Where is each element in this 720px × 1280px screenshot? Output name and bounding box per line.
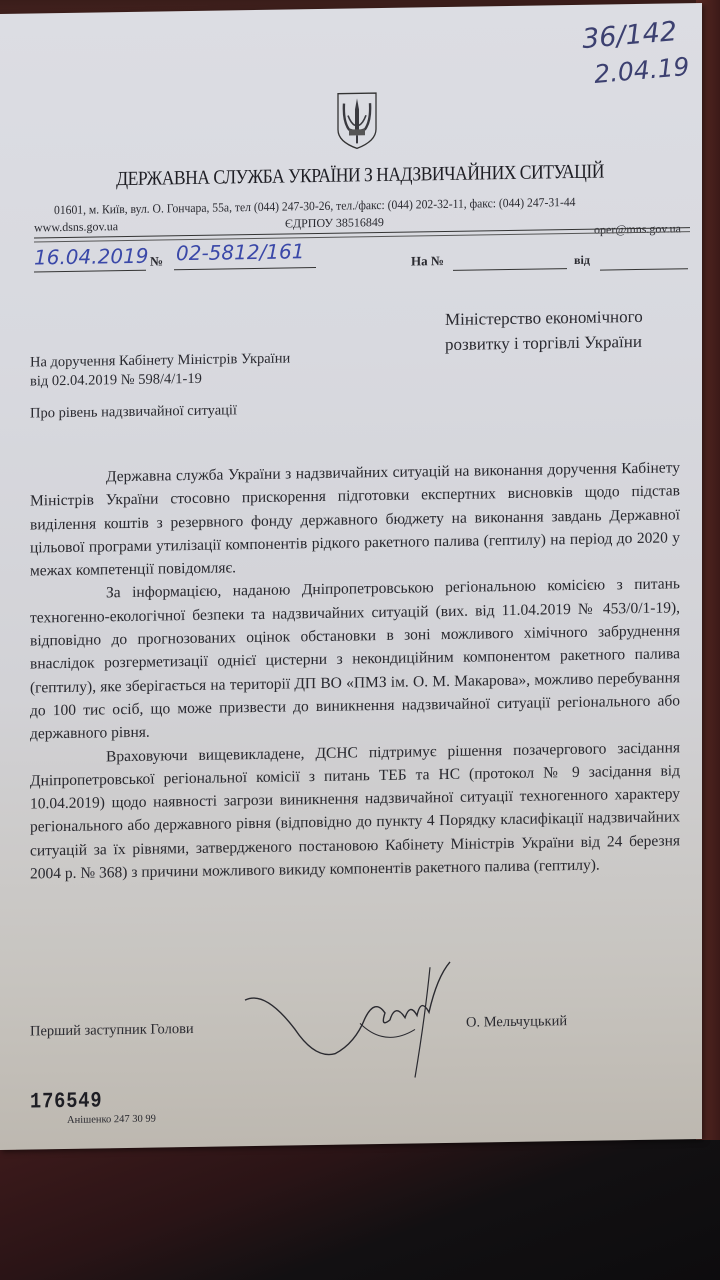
background-table-bottom — [0, 1140, 720, 1280]
organization-name: ДЕРЖАВНА СЛУЖБА УКРАЇНИ З НАДЗВИЧАЙНИХ С… — [43, 159, 677, 192]
organization-edrpou: ЄДРПОУ 38516849 — [285, 215, 384, 232]
reply-to-number-line — [453, 268, 567, 271]
reply-date-line — [600, 268, 688, 270]
addressee-block: Міністерство економічного розвитку і тор… — [445, 304, 643, 357]
handwritten-registration-date: 2.04.19 — [593, 52, 690, 89]
organization-address: 01601, м. Київ, вул. О. Гончара, 55а, те… — [54, 195, 575, 218]
outgoing-number-line — [174, 267, 316, 270]
signatory-name: О. Мельчуцький — [466, 1013, 567, 1032]
reply-date-label: від — [574, 253, 590, 268]
executor-contact: Анішенко 247 30 99 — [67, 1114, 156, 1126]
outgoing-date-line — [34, 270, 146, 273]
handwritten-registration-number: 36/142 — [581, 16, 678, 55]
registration-stamp-number: 176549 — [30, 1088, 102, 1114]
organization-website: www.dsns.gov.ua — [34, 219, 118, 235]
trident-coat-of-arms-icon — [335, 91, 379, 150]
reference-block: На доручення Кабінету Міністрів України … — [30, 349, 290, 391]
subject-line: Про рівень надзвичайної ситуації — [30, 402, 237, 422]
letter-body: Державна служба України з надзвичайних с… — [30, 456, 680, 886]
body-paragraph-1: Державна служба України з надзвичайних с… — [30, 456, 680, 583]
addressee-line-2: розвитку і торгівлі України — [445, 329, 643, 357]
body-paragraph-2: За інформацією, наданою Дніпропетровсько… — [30, 573, 680, 746]
organization-email: oper@mns.gov.ua — [594, 221, 681, 237]
outgoing-number: 02-5812/161 — [176, 239, 304, 265]
signatory-position: Перший заступник Голови — [30, 1021, 194, 1041]
addressee-line-1: Міністерство економічного — [445, 304, 643, 332]
outgoing-date: 16.04.2019 — [34, 244, 149, 270]
body-paragraph-3: Враховуючи вищевикладене, ДСНС підтримує… — [30, 736, 680, 886]
reply-to-label: На № — [411, 253, 444, 270]
outgoing-number-label: № — [150, 253, 163, 269]
reference-line-2: від 02.04.2019 № 598/4/1-19 — [30, 368, 290, 391]
handwritten-signature-icon — [225, 957, 475, 1091]
document-page: 36/142 2.04.19 ДЕРЖАВНА СЛУЖБА УКРАЇНИ З… — [0, 3, 702, 1150]
